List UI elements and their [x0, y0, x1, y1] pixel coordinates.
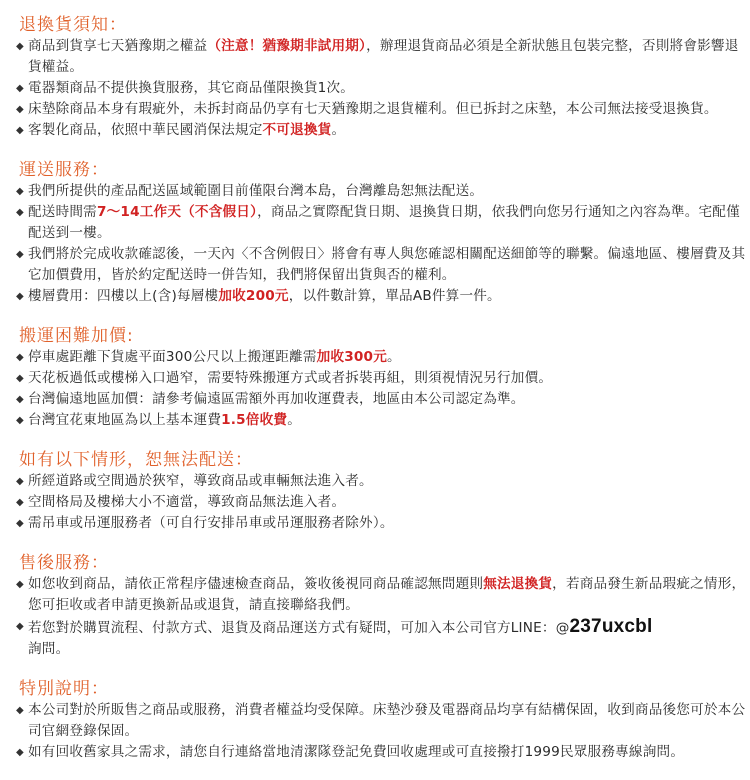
section-title: 特別說明：: [19, 678, 750, 700]
policy-document: 退換貨須知： ◆商品到貨享七天猶豫期之權益（注意！猶豫期非試用期），辦理退貨商品…: [0, 0, 750, 763]
list-item: ◆空間格局及樓梯大小不適當，導致商品無法進入者。: [14, 492, 750, 513]
diamond-bullet-icon: ◆: [16, 368, 24, 389]
list-item: ◆停車處距離下貨處平面300公尺以上搬運距離需加收300元。: [14, 347, 750, 368]
list-item: ◆樓層費用：四樓以上(含)每層樓加收200元，以件數計算，單品AB件算一件。: [14, 286, 750, 307]
list-item: ◆電器類商品不提供換貨服務，其它商品僅限換貨1次。: [14, 78, 750, 99]
section-no-delivery: 如有以下情形，恕無法配送： ◆所經道路或空間過於狹窄，導致商品或車輛無法進入者。…: [14, 449, 750, 534]
diamond-bullet-icon: ◆: [16, 471, 24, 492]
diamond-bullet-icon: ◆: [16, 181, 24, 202]
section-difficult-delivery: 搬運困難加價: ◆停車處距離下貨處平面300公尺以上搬運距離需加收300元。 ◆…: [14, 325, 750, 431]
list-item: ◆床墊除商品本身有瑕疵外，未拆封商品仍享有七天猶豫期之退貨權利。但已拆封之床墊，…: [14, 99, 750, 120]
section-title: 退換貨須知：: [19, 14, 750, 36]
section-after-sales: 售後服務： ◆如您收到商品，請依正常程序儘速檢查商品，簽收後視同商品確認無問題則…: [14, 552, 750, 660]
diamond-bullet-icon: ◆: [16, 286, 24, 307]
diamond-bullet-icon: ◆: [16, 244, 24, 265]
list-item: ◆我們將於完成收款確認後，一天內〈不含例假日〉將會有專人與您確認相關配送細節等的…: [14, 244, 750, 286]
diamond-bullet-icon: ◆: [16, 99, 24, 120]
list-item: ◆商品到貨享七天猶豫期之權益（注意！猶豫期非試用期），辦理退貨商品必須是全新狀態…: [14, 36, 750, 78]
diamond-bullet-icon: ◆: [16, 389, 24, 410]
diamond-bullet-icon: ◆: [16, 202, 24, 223]
list-item: ◆配送時間需7～14工作天（不含假日），商品之實際配貨日期、退換貨日期，依我們向…: [14, 202, 750, 244]
section-special-notes: 特別說明： ◆本公司對於所販售之商品或服務，消費者權益均受保障。床墊沙發及電器商…: [14, 678, 750, 763]
list-item: ◆如您收到商品，請依正常程序儘速檢查商品，簽收後視同商品確認無問題則無法退換貨，…: [14, 574, 750, 616]
diamond-bullet-icon: ◆: [16, 574, 24, 595]
list-item: ◆我們所提供的產品配送區域範圍目前僅限台灣本島，台灣離島恕無法配送。: [14, 181, 750, 202]
list-item: ◆天花板過低或樓梯入口過窄，需要特殊搬運方式或者拆裝再組，則須視情況另行加價。: [14, 368, 750, 389]
list-item: ◆客製化商品，依照中華民國消保法規定不可退換貨。: [14, 120, 750, 141]
diamond-bullet-icon: ◆: [16, 410, 24, 431]
diamond-bullet-icon: ◆: [16, 513, 24, 534]
section-title: 售後服務：: [19, 552, 750, 574]
diamond-bullet-icon: ◆: [16, 700, 24, 721]
list-item: ◆本公司對於所販售之商品或服務，消費者權益均受保障。床墊沙發及電器商品均享有結構…: [14, 700, 750, 742]
list-item: ◆需吊車或吊運服務者（可自行安排吊車或吊運服務者除外）。: [14, 513, 750, 534]
diamond-bullet-icon: ◆: [16, 347, 24, 368]
section-delivery: 運送服務： ◆我們所提供的產品配送區域範圍目前僅限台灣本島，台灣離島恕無法配送。…: [14, 159, 750, 307]
list-item: ◆如有回收舊家具之需求，請您自行連絡當地清潔隊登記免費回收處理或可直接撥打199…: [14, 742, 750, 763]
diamond-bullet-icon: ◆: [16, 492, 24, 513]
list-item: ◆台灣偏遠地區加價：請參考偏遠區需額外再加收運費表，地區由本公司認定為準。: [14, 389, 750, 410]
section-title: 運送服務：: [19, 159, 750, 181]
section-title: 如有以下情形，恕無法配送：: [19, 449, 750, 471]
list-item: ◆台灣宜花東地區為以上基本運費1.5倍收費。: [14, 410, 750, 431]
list-item: ◆若您對於購買流程、付款方式、退貨及商品運送方式有疑問，可加入本公司官方LINE…: [14, 616, 750, 660]
list-item: ◆所經道路或空間過於狹窄，導致商品或車輛無法進入者。: [14, 471, 750, 492]
diamond-bullet-icon: ◆: [16, 616, 24, 637]
diamond-bullet-icon: ◆: [16, 742, 24, 763]
diamond-bullet-icon: ◆: [16, 36, 24, 57]
section-title: 搬運困難加價:: [19, 325, 750, 347]
diamond-bullet-icon: ◆: [16, 78, 24, 99]
diamond-bullet-icon: ◆: [16, 120, 24, 141]
section-returns: 退換貨須知： ◆商品到貨享七天猶豫期之權益（注意！猶豫期非試用期），辦理退貨商品…: [14, 14, 750, 141]
line-id: 237uxcbl: [570, 616, 653, 637]
